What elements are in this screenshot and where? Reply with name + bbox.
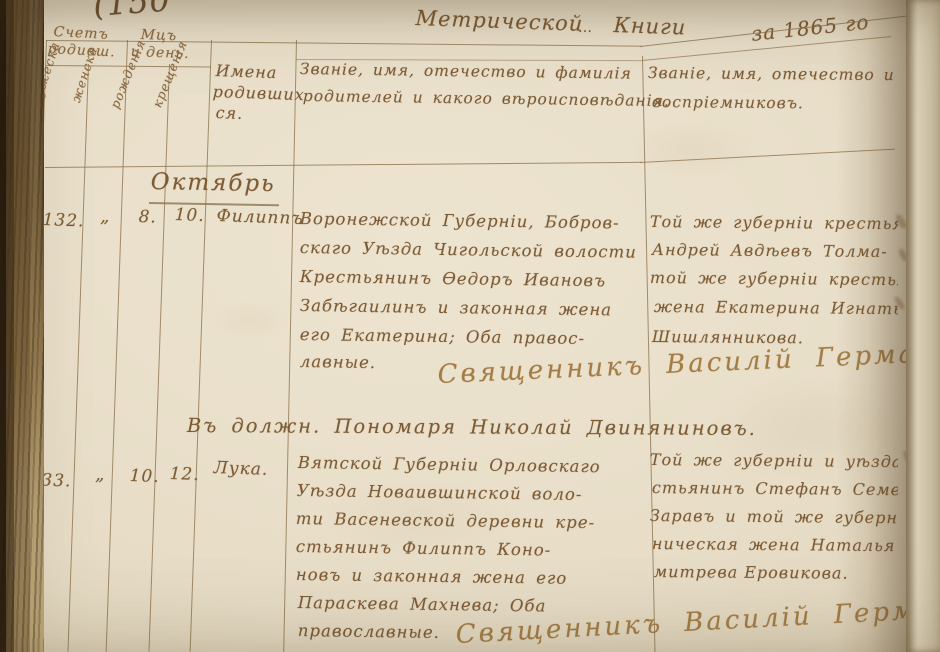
entry-132-parents-line: Забѣгаилинъ и законная жена	[300, 296, 613, 319]
next-page-sliver	[906, 0, 940, 652]
entry-132-godparents-line: Андрей Авдѣевъ Толма-	[652, 240, 888, 261]
folio-number: (150	[92, 0, 172, 24]
table-rule-count-divider	[67, 64, 89, 652]
entry-132-godparents-line: Той же губерніи крестьян-	[650, 212, 898, 233]
month-underline	[149, 202, 279, 206]
entry-132-female-ditto: „	[100, 206, 110, 227]
entry-133-parents-line: стьянинъ Филиппъ Коно-	[296, 537, 552, 560]
month-heading: Октябрь	[151, 169, 276, 197]
entry-132-baptized-day: 10.	[174, 205, 205, 226]
entry-133-parents-line: православные.	[298, 621, 440, 642]
entry-133-godparents-line: стьянинъ Стефанъ Семеновъ	[652, 478, 898, 500]
entry-133-parents-line: ти Васеневской деревни кре-	[296, 509, 596, 532]
entry-133-godparents-line: Заравъ и той же губерніи, у-	[650, 506, 898, 528]
entry-133-parents-line: Уѣзда Новаившинской воло-	[297, 481, 583, 504]
entry-133-parents-line: Параскева Махнева; Оба	[298, 593, 547, 615]
entry-133-born-day: 10.	[129, 466, 160, 487]
entry-132-parents-line: Воронежской Губерніи, Бобров-	[300, 209, 620, 232]
entry-133-parents-line: Вятской Губерніи Орловскаго	[298, 453, 601, 476]
entry-132-child-name: Филиппъ	[216, 206, 304, 229]
names-header-line1: Имена	[215, 61, 277, 82]
entry-132-parents-line: Крестьянинъ Ѳедоръ Ивановъ	[300, 267, 606, 290]
entry-133-godparents-line: Той же губерніи и уѣзда кре-	[650, 450, 898, 472]
title-word-metric: Метрической	[415, 6, 584, 36]
table-rule-date-names	[190, 40, 212, 652]
names-header-line2: родивших	[212, 82, 305, 104]
entry-133-baptized-day: 12.	[169, 464, 200, 485]
godparents-column: Званіе, имя, отечество и фами- воспріемн…	[646, 0, 898, 652]
entry-132-godparents-line: жена Екатерина Игнать-	[654, 297, 898, 318]
clerk-signature-132: Въ должн. Пономаря Николай Двиняниновъ.	[187, 414, 757, 440]
entry-133-child-name: Лука.	[213, 458, 268, 480]
entry-132-parents-line: его Екатерина; Оба правос-	[300, 325, 585, 348]
entry-132-born-day: 8.	[138, 207, 157, 228]
entry-133-parents-line: новъ и законная жена его	[296, 565, 568, 588]
title-dots: …	[578, 20, 593, 36]
entry-132-godparents-line: той же губерніи крестьян-	[650, 268, 898, 289]
parents-header-line1: Званіе, имя, отечество и фамилія	[300, 60, 632, 83]
metric-book-page-photo: (150 Метрической … Книги за 1865 го Счет…	[0, 0, 940, 652]
table-rule-names-parents	[283, 40, 297, 652]
entry-133-godparents-line: ническая жена Наталья Ди-	[652, 534, 898, 555]
entry-133-godparents-line: митрева Еровикова.	[654, 562, 849, 583]
entry-132-parents-line: скаго Уѣзда Чигольской волости	[300, 238, 637, 262]
entry-133-female-ditto: „	[95, 464, 105, 485]
book-binding-edge	[0, 0, 44, 652]
godparents-header-line2: воспріемниковъ.	[652, 93, 804, 112]
entry-132-parents-line: лавные.	[300, 352, 377, 372]
table-rule-date-divider	[148, 64, 170, 652]
godparents-header-line1: Званіе, имя, отечество и фами-	[648, 64, 898, 85]
entry-132-number: 132.	[42, 210, 85, 231]
table-rule-header-bottom	[45, 162, 642, 168]
table-rule-count-date	[106, 40, 128, 652]
parents-header-line2: родителей и какого вѣроисповѣданія.	[303, 87, 670, 110]
names-header-line3: ся.	[215, 103, 243, 123]
